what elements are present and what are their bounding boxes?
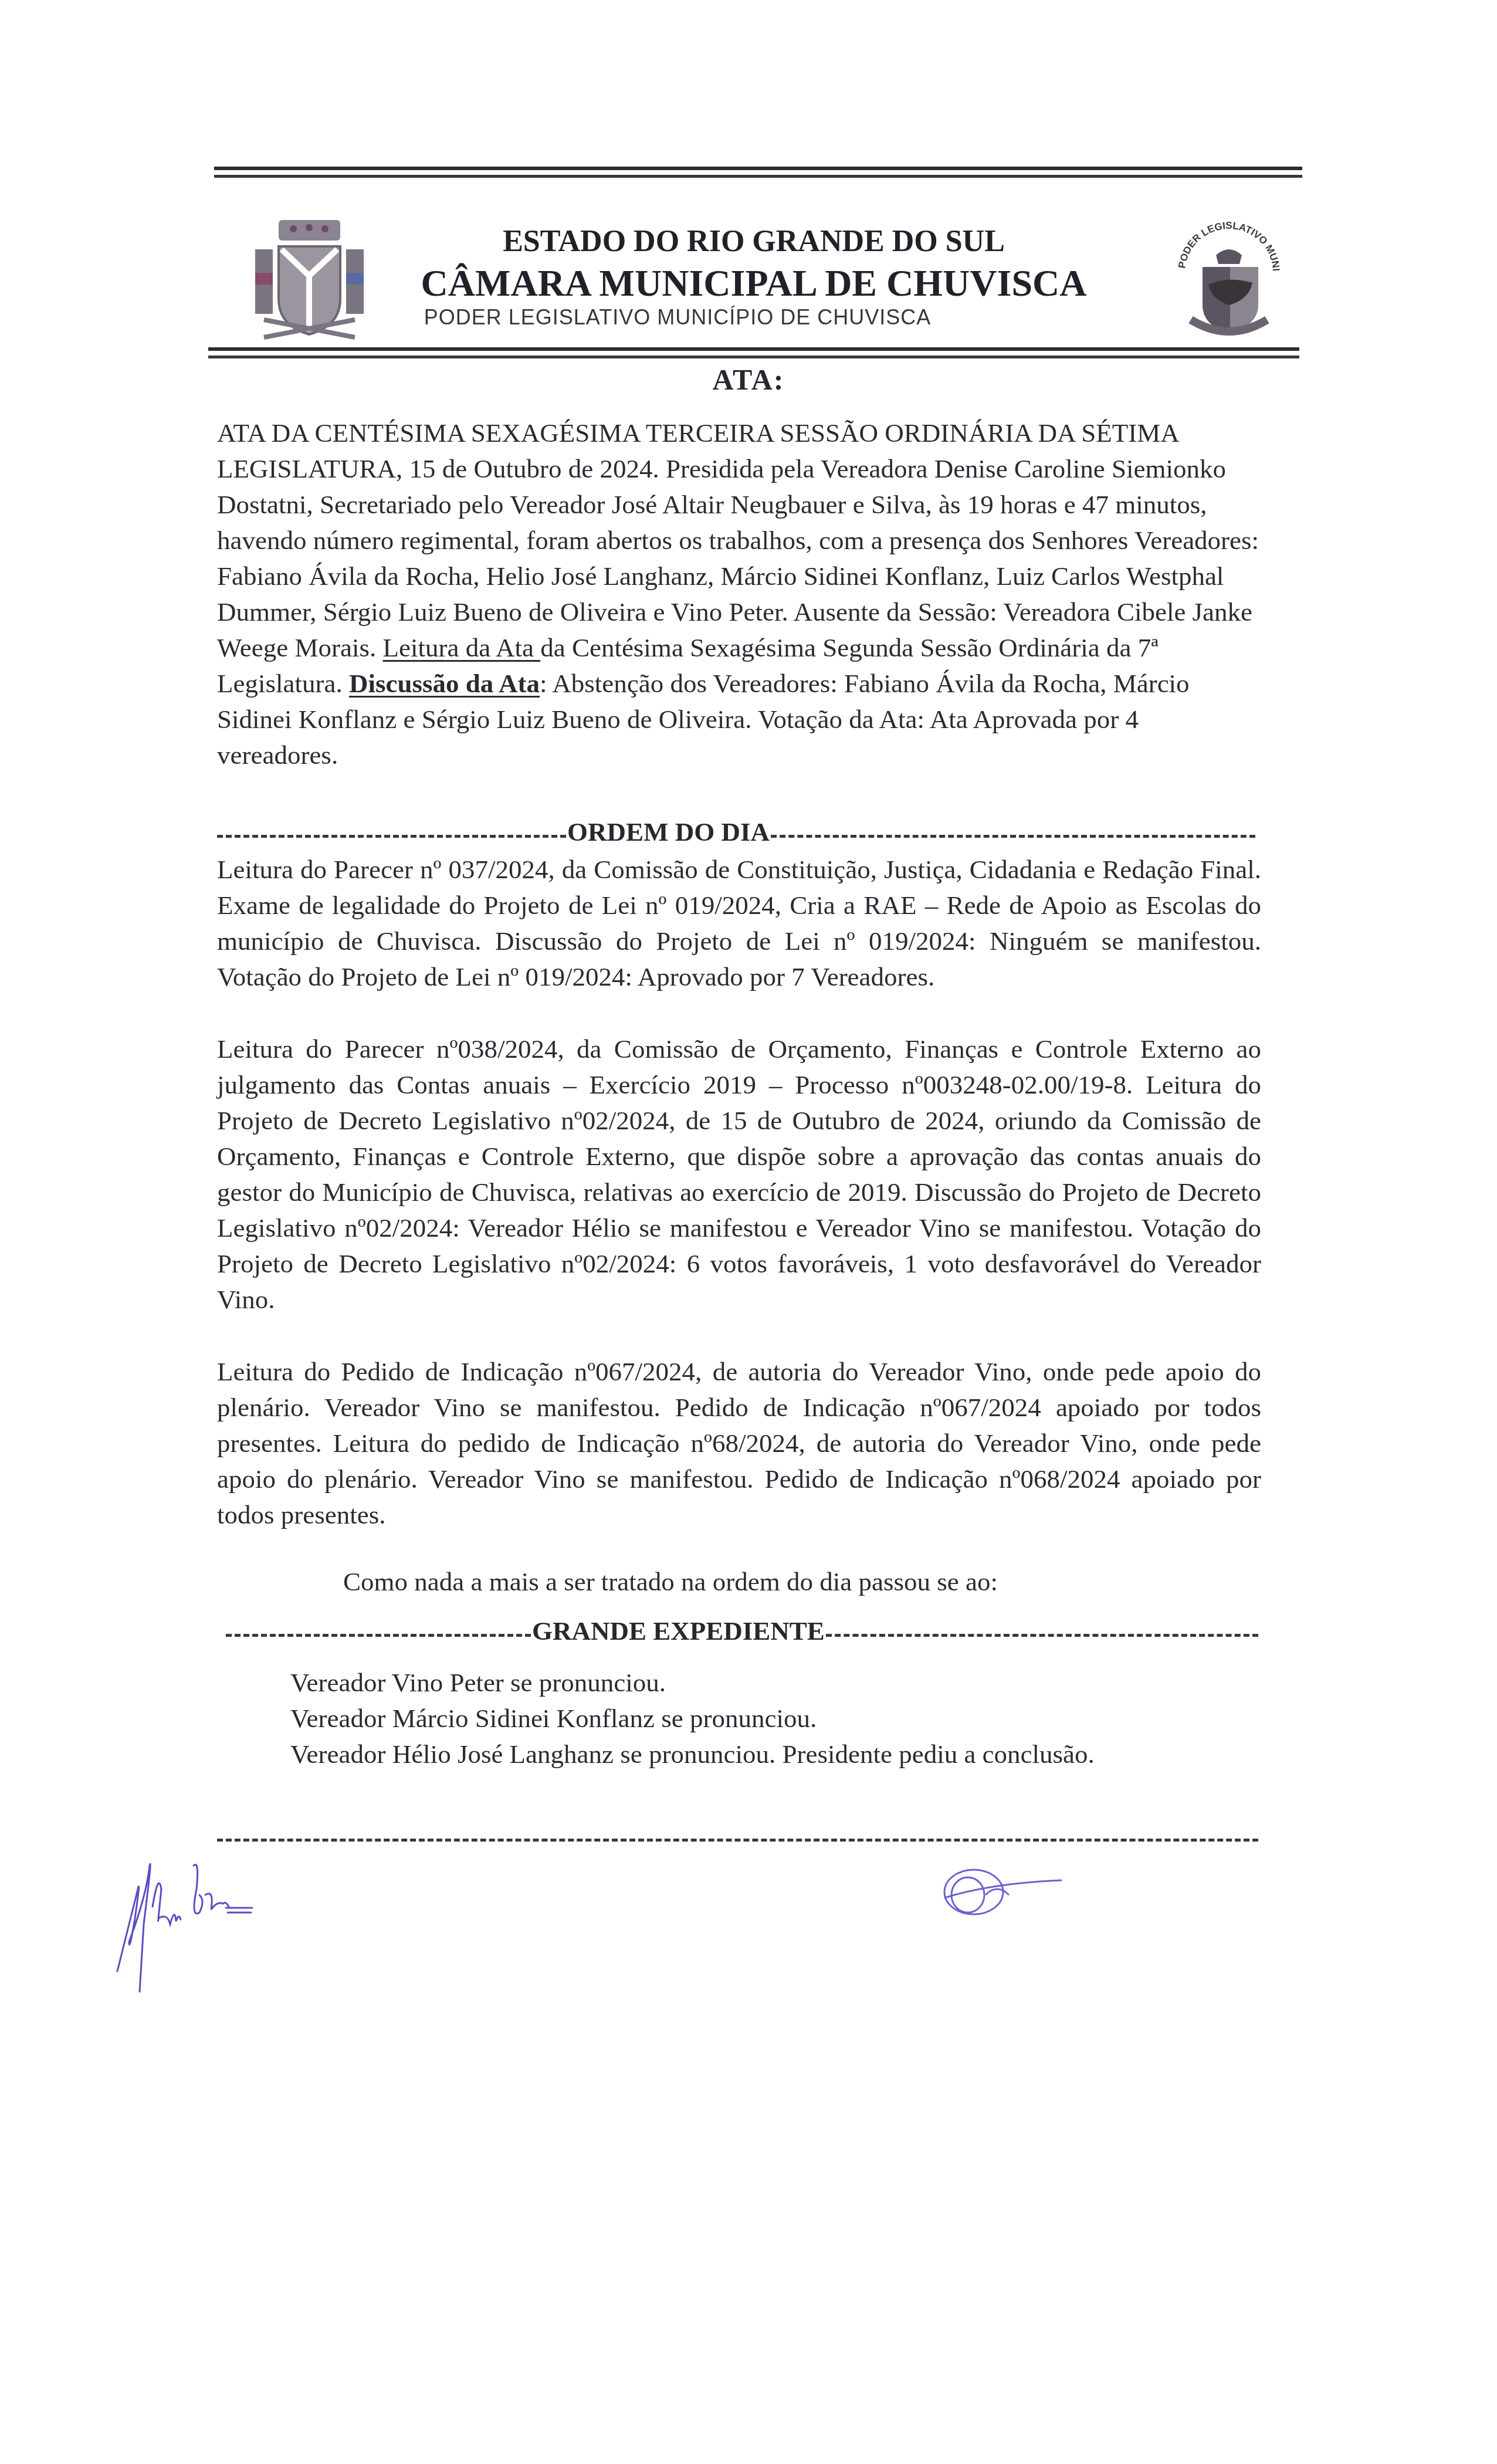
grande-expediente-list: Vereador Vino Peter se pronunciou. Verea… xyxy=(290,1665,1170,1772)
intro-text: ATA DA CENTÉSIMA SEXAGÉSIMA TERCEIRA SES… xyxy=(217,418,1259,662)
legislative-seal-icon: PODER LEGISLATIVO MUNICIPAL xyxy=(1170,217,1288,340)
list-item: Vereador Márcio Sidinei Konflanz se pron… xyxy=(290,1701,1170,1737)
list-item: Vereador Vino Peter se pronunciou. xyxy=(290,1665,1170,1701)
header-chamber-name: CÂMARA MUNICIPAL DE CHUVISCA xyxy=(270,262,1238,305)
end-dashed-rule xyxy=(217,1839,1258,1842)
grande-expediente-heading: GRANDE EXPEDIENTE xyxy=(226,1613,1258,1649)
header-state: ESTADO DO RIO GRANDE DO SUL xyxy=(270,224,1238,259)
signature-left xyxy=(111,1854,358,1995)
discussao-da-ata-label: Discussão da Ata xyxy=(349,669,540,698)
header-subtitle: PODER LEGISLATIVO MUNICÍPIO DE CHUVISCA xyxy=(194,305,1161,330)
leitura-da-ata-label: Leitura da Ata xyxy=(383,633,541,662)
ordem-item-indicacao: Leitura do Pedido de Indicação nº067/202… xyxy=(217,1354,1261,1533)
top-double-rule xyxy=(214,167,1302,178)
grande-expediente-label: GRANDE EXPEDIENTE xyxy=(531,1616,826,1646)
ordem-do-dia-label: ORDEM DO DIA xyxy=(566,817,771,847)
ordem-item-parecer-038: Leitura do Parecer nº038/2024, da Comiss… xyxy=(217,1031,1261,1318)
signature-right xyxy=(921,1860,1073,1930)
ordem-do-dia-heading: ORDEM DO DIA xyxy=(217,814,1255,849)
list-item: Vereador Hélio José Langhanz se pronunci… xyxy=(290,1737,1170,1772)
document-title: ATA: xyxy=(0,363,1497,397)
header-double-rule xyxy=(208,347,1299,358)
ordem-item-parecer-037: Leitura do Parecer nº 037/2024, da Comis… xyxy=(217,852,1261,995)
transition-text: Como nada a mais a ser tratado na ordem … xyxy=(343,1566,998,1597)
intro-paragraph: ATA DA CENTÉSIMA SEXAGÉSIMA TERCEIRA SES… xyxy=(217,415,1261,773)
